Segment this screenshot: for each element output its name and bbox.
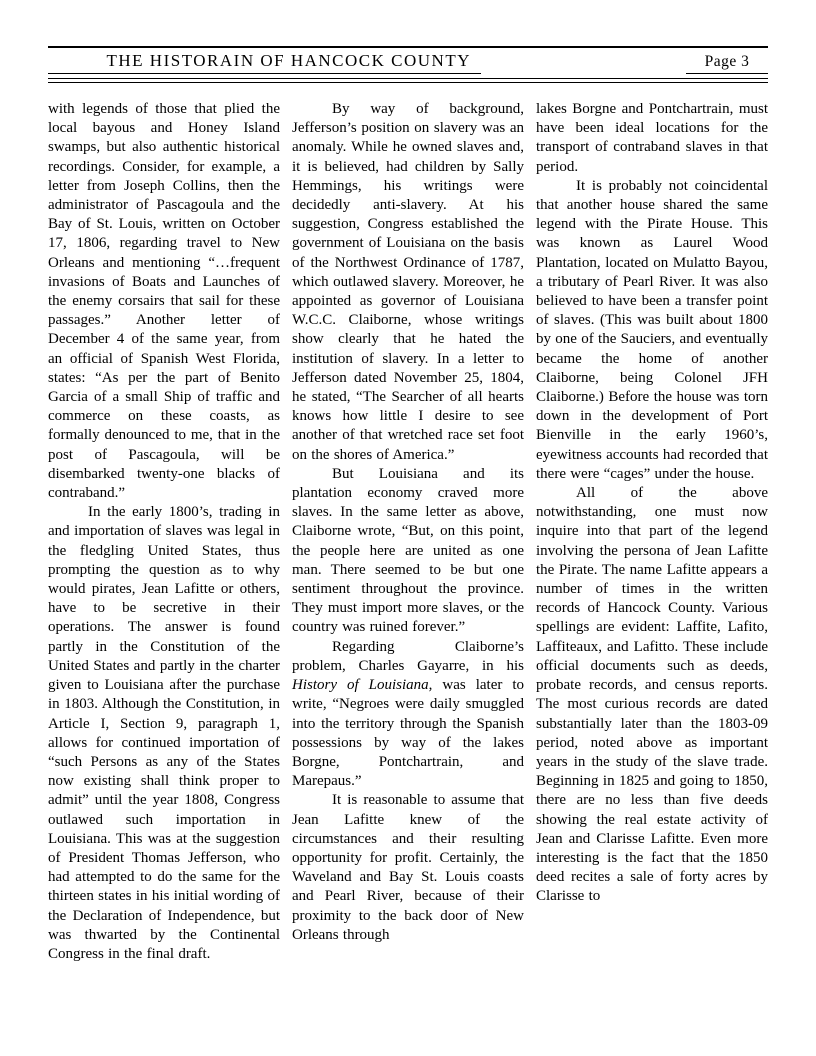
paragraph-text: It is probably not coincidental that ano… xyxy=(536,178,768,482)
paragraph-text: with legends of those that plied the loc… xyxy=(48,101,280,501)
paragraph: It is reasonable to assume that Jean Laf… xyxy=(292,791,524,945)
paragraph-text: By way of background, Jefferson’s positi… xyxy=(292,101,524,463)
article-columns: with legends of those that plied the loc… xyxy=(48,100,768,964)
paragraph: But Louisiana and its plantation economy… xyxy=(292,465,524,638)
text-column-3: lakes Borgne and Pontchartrain, must hav… xyxy=(536,100,768,964)
paragraph: By way of background, Jefferson’s positi… xyxy=(292,100,524,465)
double-rule xyxy=(48,78,768,83)
paragraph-text: Regarding Claiborne’s problem, Charles G… xyxy=(292,639,524,674)
paragraph-text: It is reasonable to assume that Jean Laf… xyxy=(292,792,524,942)
text-column-1: with legends of those that plied the loc… xyxy=(48,100,280,964)
paragraph-text: All of the above notwithstanding, one mu… xyxy=(536,485,768,904)
title-underline: THE HISTORAIN OF HANCOCK COUNTY xyxy=(48,51,481,74)
book-title-italic: History of Louisiana, xyxy=(292,677,432,693)
paragraph: lakes Borgne and Pontchartrain, must hav… xyxy=(536,100,768,177)
top-rule xyxy=(48,46,768,48)
header: THE HISTORAIN OF HANCOCK COUNTY Page 3 xyxy=(48,51,768,74)
page-number-underline: Page 3 xyxy=(686,53,768,74)
page-number: Page 3 xyxy=(705,53,750,70)
page-title: THE HISTORAIN OF HANCOCK COUNTY xyxy=(107,51,471,70)
paragraph-text: But Louisiana and its plantation economy… xyxy=(292,466,524,636)
paragraph: with legends of those that plied the loc… xyxy=(48,100,280,503)
paragraph: It is probably not coincidental that ano… xyxy=(536,177,768,484)
paragraph: In the early 1800’s, trading in and impo… xyxy=(48,503,280,964)
paragraph: Regarding Claiborne’s problem, Charles G… xyxy=(292,638,524,792)
paragraph-text: lakes Borgne and Pontchartrain, must hav… xyxy=(536,101,768,175)
paragraph-text: was later to write, “Negroes were daily … xyxy=(292,677,524,789)
newsletter-page: THE HISTORAIN OF HANCOCK COUNTY Page 3 w… xyxy=(0,0,816,1056)
text-column-2: By way of background, Jefferson’s positi… xyxy=(292,100,524,964)
paragraph-text: In the early 1800’s, trading in and impo… xyxy=(48,504,280,962)
paragraph: All of the above notwithstanding, one mu… xyxy=(536,484,768,906)
